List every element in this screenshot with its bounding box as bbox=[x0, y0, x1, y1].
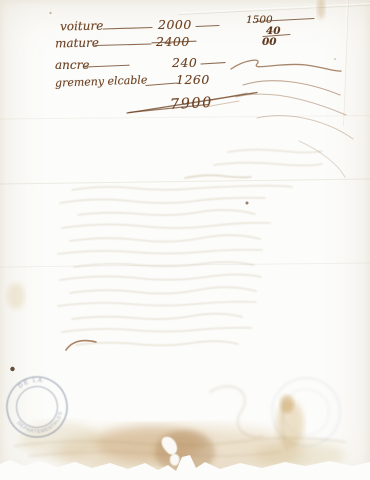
entry-value-voiture: 2000 bbox=[158, 17, 192, 32]
paper-sheet: voiture 2000 mature 2400 ancre 240 greme… bbox=[0, 0, 370, 480]
entry-label-voiture: voiture bbox=[60, 19, 103, 34]
entry-label-ancre: ancre bbox=[55, 58, 89, 72]
entry-label-mature: mature bbox=[55, 36, 99, 51]
ledger-total: 7900 bbox=[170, 95, 214, 113]
entry-value-mature: 2400 bbox=[156, 34, 190, 49]
entry-value-gremeny-elcable: 1260 bbox=[176, 72, 210, 87]
scanned-manuscript-page: voiture 2000 mature 2400 ancre 240 greme… bbox=[0, 0, 370, 480]
entry-value-ancre: 240 bbox=[172, 55, 197, 70]
side-figure-bottom: 00 bbox=[262, 36, 277, 48]
